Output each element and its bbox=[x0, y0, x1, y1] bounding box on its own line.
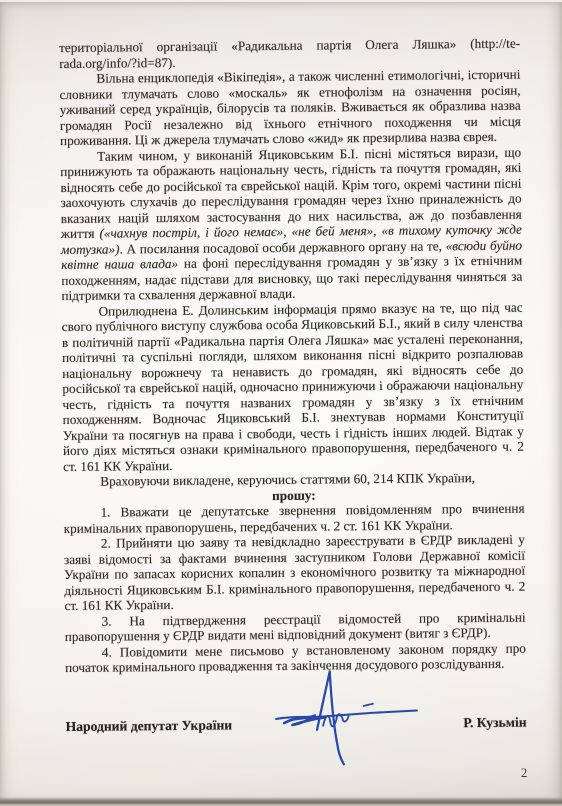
paragraph-dolynsky-information: Оприлюднена Е. Долинським інформація пря… bbox=[62, 299, 525, 474]
text-segment: 4. Повідомити мене письмово у встановлен… bbox=[65, 640, 526, 675]
text-segment: 1. Вважати це депутатське звернення пові… bbox=[64, 501, 525, 536]
request-item-2: 2. Прийняти цю заяву та невідкладно заре… bbox=[64, 532, 526, 614]
request-item-3: 3. На підтвердження реєстрації відомосте… bbox=[65, 609, 526, 644]
signatory-name: Р. Кузьмін bbox=[463, 714, 526, 730]
paragraph-song-conclusion: Таким чином, у виконаній Яциковським Б.І… bbox=[60, 144, 522, 303]
text-segment: 2. Прийняти цю заяву та невідкладно заре… bbox=[64, 532, 525, 613]
signature-ink-icon bbox=[268, 667, 425, 765]
request-item-4: 4. Повідомити мене письмово у встановлен… bbox=[65, 640, 526, 675]
signatory-position-label: Народний депутат України bbox=[66, 717, 233, 734]
document-body: територіальної організації «Радикальна п… bbox=[59, 36, 526, 676]
text-segment: Оприлюднена Е. Долинським інформація пря… bbox=[62, 299, 524, 473]
text-segment: Вільна енциклопедія «Вікіпедія», а також… bbox=[59, 67, 520, 148]
paragraph-wikipedia-definition: Вільна енциклопедія «Вікіпедія», а також… bbox=[59, 67, 521, 149]
text-segment: Враховуючи викладене, керуючись статтями… bbox=[100, 470, 475, 489]
request-item-1: 1. Вважати це депутатське звернення пові… bbox=[63, 501, 524, 536]
scanned-page: територіальної організації «Радикальна п… bbox=[0, 0, 562, 806]
page-number: 2 bbox=[521, 766, 527, 781]
page-top-edge bbox=[0, 0, 562, 2]
text-segment: 3. На підтвердження реєстрації відомосте… bbox=[65, 609, 526, 644]
text-segment: rada.org/info/?id=87). bbox=[59, 54, 175, 70]
page-bottom-shadow bbox=[0, 797, 562, 806]
document-content: територіальної організації «Радикальна п… bbox=[59, 36, 527, 734]
signature-block: Народний депутат України Р. Кузьмін bbox=[66, 714, 527, 734]
text-segment: прошу: bbox=[272, 487, 316, 502]
